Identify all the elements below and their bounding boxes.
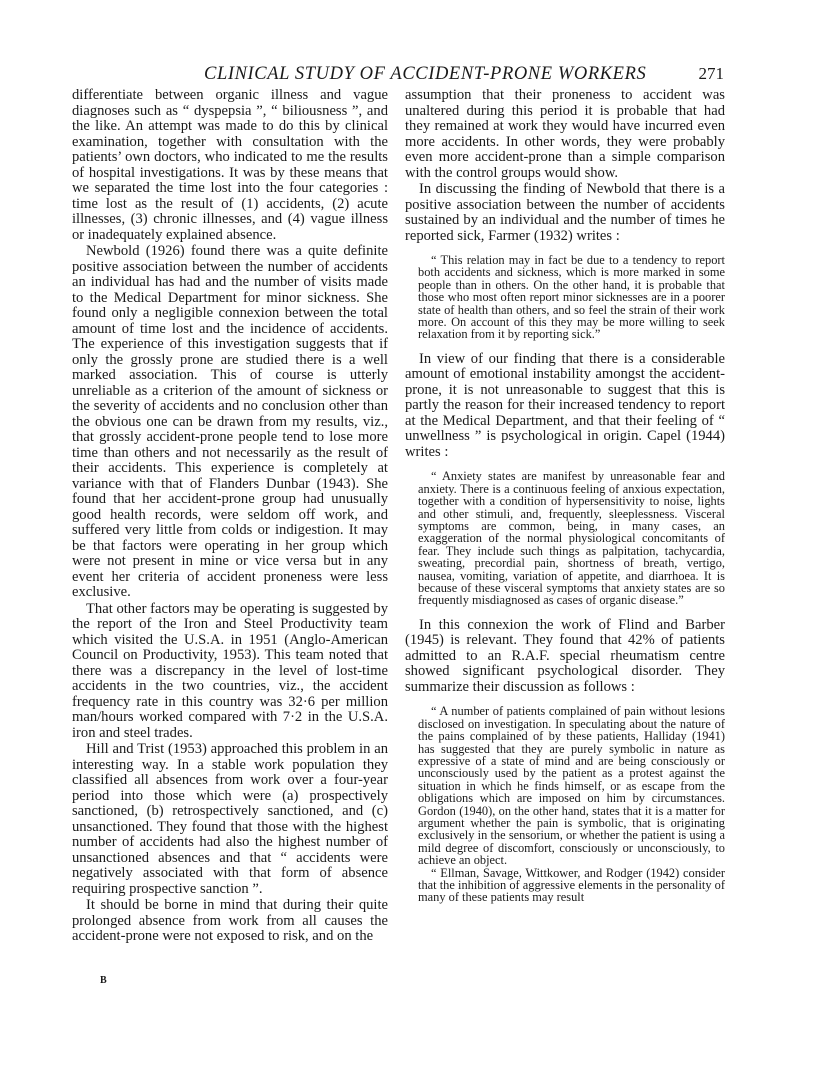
paragraph-continuation: differentiate between organic illness an… [72,88,388,243]
signature-mark: B [100,975,107,986]
paragraph-absence-risk: It should be borne in mind that during t… [72,898,388,945]
quote-text: “ Ellman, Savage, Wittkower, and Rodger … [418,867,725,904]
quote-text: “ Anxiety states are manifest by unreaso… [418,470,725,606]
right-column: assumption that their proneness to accid… [405,88,725,915]
paragraph-flind-barber: In this connexion the work of Flind and … [405,618,725,696]
paragraph-newbold: Newbold (1926) found there was a quite d… [72,244,388,601]
block-quote-flind-barber: “ A number of patients complained of pai… [418,705,725,904]
page-number: 271 [699,64,725,84]
paragraph-emotional-instability: In view of our finding that there is a c… [405,352,725,461]
block-quote-farmer: “ This relation may in fact be due to a … [418,254,725,341]
paragraph-farmer-intro: In discussing the finding of Newbold tha… [405,182,725,244]
running-header: CLINICAL STUDY OF ACCIDENT-PRONE WORKERS… [204,64,724,84]
block-quote-capel: “ Anxiety states are manifest by unreaso… [418,470,725,606]
paragraph-hill-trist: Hill and Trist (1953) approached this pr… [72,742,388,897]
running-title: CLINICAL STUDY OF ACCIDENT-PRONE WORKERS [204,64,646,85]
quote-text: “ This relation may in fact be due to a … [418,254,725,341]
left-column: differentiate between organic illness an… [72,88,388,945]
quote-text: “ A number of patients complained of pai… [418,705,725,866]
paragraph-iron-steel: That other factors may be operating is s… [72,602,388,742]
paragraph-assumption: assumption that their proneness to accid… [405,88,725,181]
